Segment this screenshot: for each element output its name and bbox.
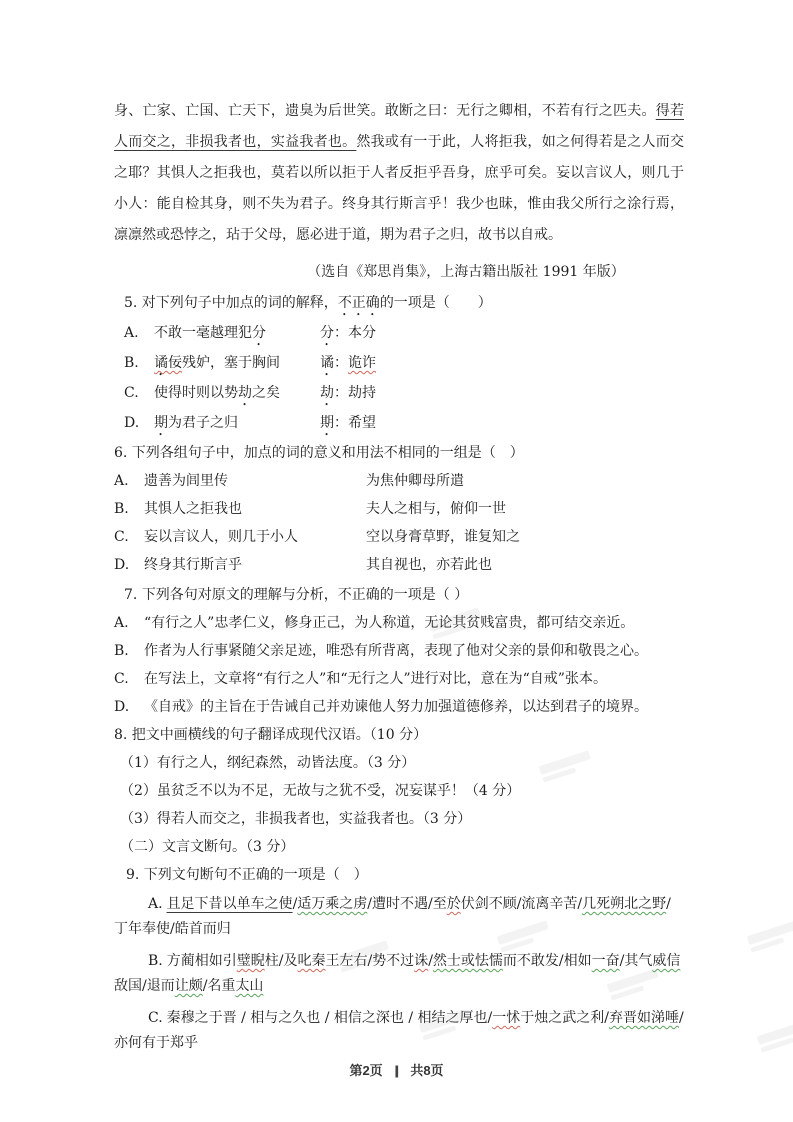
- option-text: 方蔺相如引璧睨柱/及叱秦王左右/势不过诛/然士或怯懦而不敢发/相如一奋/其气威信…: [114, 953, 680, 994]
- text-segment: 分: [320, 325, 334, 341]
- text-segment: 伏剑不顾/流离辛苦/: [461, 896, 582, 912]
- question-5-option-c: C. 使得时则以势劫之矣 劫：劫持: [114, 379, 684, 409]
- option-text: 作者为人行事紧随父亲足迹，唯恐有所背离，表现了他对父亲的景仰和敬畏之心。: [144, 637, 684, 665]
- question-5-stem: 5. 对下列句子中加点的词的解释，不正确的一项是（ ）: [114, 289, 684, 319]
- text-segment: 使得时则以势: [154, 385, 238, 401]
- question-8-stem: 8. 把文中画横线的句子翻译成现代汉语。（10 分）: [114, 721, 684, 749]
- option-text: 秦穆之于晋 / 相与之久也 / 相信之深也 / 相结之厚也/一怵于烛之武之利/弃…: [114, 1010, 684, 1051]
- text-segment: 谲: [154, 355, 168, 371]
- option-text: 且足下昔以单车之使/适万乘之虏/遭时不遇/至於伏剑不顾/流离辛苦/几死朔北之野/…: [114, 896, 671, 937]
- option-phrase: 不敢一毫越理犯分: [154, 319, 320, 349]
- passage-source: （选自《郑思肖集》，上海古籍出版社 1991 年版）: [114, 257, 684, 287]
- question-5-option-b: B. 谲佞残妒，塞于胸间 谲：诡诈: [114, 349, 684, 379]
- text-segment: 不正确: [338, 295, 380, 311]
- text-segment: 5. 对下列句子中加点的词的解释，: [124, 295, 338, 311]
- text-segment: /其气: [620, 953, 653, 969]
- option-text: 在写法上，文章将“有行之人”和“无行之人”进行对比，意在为“自戒”张本。: [144, 665, 684, 693]
- text-segment: 弃晋如涕唾: [609, 1010, 679, 1026]
- option-label: B.: [124, 349, 154, 379]
- text-segment: 而不敢发/相如: [503, 953, 592, 969]
- text-segment: 让颇: [175, 978, 203, 994]
- scan-watermark: [757, 1020, 793, 1052]
- page-footer: 第2页|共8页: [0, 1060, 793, 1079]
- question-8-item-1: （1）有行之人，纲纪森然，动皆法度。（3 分）: [114, 749, 684, 777]
- option-phrase: 使得时则以势劫之矣: [154, 379, 320, 409]
- question-8: 8. 把文中画横线的句子翻译成现代汉语。（10 分） （1）有行之人，纲纪森然，…: [114, 721, 684, 861]
- text-segment: 敌国/退而: [114, 978, 175, 994]
- text-segment: 璧睨: [237, 953, 265, 969]
- option-label: B.: [114, 637, 144, 665]
- option-text: 《自戒》的主旨在于告诫自己并劝谏他人努力加强道德修养，以达到君子的境界。: [144, 693, 684, 721]
- option-left-sentence: 妄以言议人，则几于小人: [144, 523, 366, 551]
- text-segment: 佞: [168, 355, 182, 371]
- option-right-sentence: 空以身膏草野，谁复知之: [366, 523, 520, 551]
- text-segment: 且足下昔以单车之使: [167, 896, 293, 912]
- question-5-option-d: D. 期为君子之归 期：希望: [114, 409, 684, 439]
- option-definition: 分：本分: [320, 319, 376, 349]
- text-segment: 残妒，塞于胸间: [182, 355, 280, 371]
- text-segment: 方蔺相如引: [167, 953, 237, 969]
- option-label: C.: [124, 379, 154, 409]
- text-segment: 诛: [414, 953, 428, 969]
- text-segment: 於: [447, 896, 461, 912]
- option-definition: 谲：诡诈: [320, 349, 376, 379]
- option-right-sentence: 其自视也，亦若此也: [366, 551, 492, 579]
- option-right-sentence: 为焦仲卿母所遣: [366, 467, 464, 495]
- text-segment: 不敢一毫越理犯: [154, 325, 252, 341]
- text-segment: 柱/及: [265, 953, 298, 969]
- exam-page: 身、亡家、亡国、亡天下，遗臭为后世笑。敢断之曰：无行之卿相，不若有行之匹夫。得若…: [0, 0, 793, 1122]
- option-phrase: 谲佞残妒，塞于胸间: [154, 349, 320, 379]
- question-6-option-a: A. 遗善为闾里传 为焦仲卿母所遣: [114, 467, 684, 495]
- option-label: D.: [114, 551, 144, 579]
- option-phrase: 期为君子之归: [154, 409, 320, 439]
- option-label: A.: [124, 319, 154, 349]
- question-7-stem: 7. 下列各句对原文的理解与分析，不正确的一项是（ ）: [114, 581, 684, 609]
- scan-watermark: [747, 920, 793, 952]
- question-9-option-b: B.方蔺相如引璧睨柱/及叱秦王左右/势不过诛/然士或怯懦而不敢发/相如一奋/其气…: [114, 949, 684, 999]
- option-left-sentence: 遗善为闾里传: [144, 467, 366, 495]
- question-8-item-2: （2）虽贫乏不以为不足，无故与之犹不受，况妄谋乎！（4 分）: [114, 777, 684, 805]
- passage-paragraph: 身、亡家、亡国、亡天下，遗臭为后世笑。敢断之曰：无行之卿相，不若有行之匹夫。得若…: [114, 96, 684, 251]
- question-6-option-b: B. 其惧人之拒我也 夫人之相与，俯仰一世: [114, 495, 684, 523]
- question-5-option-a: A. 不敢一毫越理犯分 分：本分: [114, 319, 684, 349]
- option-definition: 劫：劫持: [320, 379, 376, 409]
- option-label: D.: [114, 693, 144, 721]
- text-segment: ：: [334, 355, 348, 371]
- text-segment: 期: [320, 415, 334, 431]
- text-segment: 为君子之归: [168, 415, 238, 431]
- footer-separator: |: [394, 1063, 400, 1078]
- option-label: A.: [148, 896, 163, 912]
- text-segment: 然士或怯懦: [433, 953, 503, 969]
- option-label: B.: [114, 495, 144, 523]
- text-segment: 劫: [320, 385, 334, 401]
- text-segment: /名重: [203, 978, 236, 994]
- option-label: C.: [148, 1010, 163, 1026]
- question-8-item-3: （3）得若人而交之，非损我者也，实益我者也。（3 分）: [114, 805, 684, 833]
- section-2-heading: （二）文言文断句。（3 分）: [114, 833, 684, 861]
- question-6: 6. 下列各组句子中，加点的词的意义和用法不相同的一组是（ ） A. 遗善为闾里…: [114, 439, 684, 579]
- text-segment: 太山: [235, 978, 263, 994]
- text-segment: 身、亡家、亡国、亡天下，遗臭为后世笑。敢断之曰：无行之卿相，不若有行之匹夫。: [114, 103, 656, 119]
- question-7-option-b: B. 作者为人行事紧随父亲足迹，唯恐有所背离，表现了他对父亲的景仰和敬畏之心。: [114, 637, 684, 665]
- question-6-option-c: C. 妄以言议人，则几于小人 空以身膏草野，谁复知之: [114, 523, 684, 551]
- question-9-stem: 9. 下列文句断句不正确的一项是（ ）: [114, 861, 684, 889]
- question-9: 9. 下列文句断句不正确的一项是（ ） A.且足下昔以单车之使/适万乘之虏/遭时…: [114, 861, 684, 1056]
- text-segment: 然我或有一于此，人将拒我，如之何得若是之人而交之耶？其惧人之拒我也，莫若以所以拒…: [114, 134, 684, 243]
- option-definition: 期：希望: [320, 409, 376, 439]
- question-7: 7. 下列各句对原文的理解与分析，不正确的一项是（ ） A. “有行之人”忠孝仁…: [114, 581, 684, 721]
- text-segment: 叱秦: [297, 953, 325, 969]
- text-segment: /遭时不遇/至: [367, 896, 446, 912]
- text-segment: 劫: [238, 385, 252, 401]
- question-6-stem: 6. 下列各组句子中，加点的词的意义和用法不相同的一组是（ ）: [114, 439, 684, 467]
- option-label: A.: [114, 467, 144, 495]
- option-label: B.: [148, 953, 163, 969]
- question-7-option-d: D. 《自戒》的主旨在于告诫自己并劝谏他人努力加强道德修养，以达到君子的境界。: [114, 693, 684, 721]
- question-5: 5. 对下列句子中加点的词的解释，不正确的一项是（ ） A. 不敢一毫越理犯分 …: [114, 289, 684, 439]
- text-segment: ：本分: [334, 325, 376, 341]
- text-segment: 诡诈: [348, 355, 376, 371]
- option-label: C.: [114, 665, 144, 693]
- option-right-sentence: 夫人之相与，俯仰一世: [366, 495, 506, 523]
- text-segment: 谲: [320, 355, 334, 371]
- text-segment: 几死朔北之野: [582, 896, 666, 912]
- text-segment: 分: [252, 325, 266, 341]
- question-7-option-c: C. 在写法上，文章将“有行之人”和“无行之人”进行对比，意在为“自戒”张本。: [114, 665, 684, 693]
- option-left-sentence: 其惧人之拒我也: [144, 495, 366, 523]
- page-total: 共8页: [410, 1063, 443, 1078]
- text-segment: 一奋: [592, 953, 620, 969]
- text-segment: 威信: [652, 953, 680, 969]
- option-label: D.: [124, 409, 154, 439]
- question-7-option-a: A. “有行之人”忠孝仁义，修身正己，为人称道，无论其贫贱富贵，都可结交亲近。: [114, 609, 684, 637]
- text-segment: 期: [154, 415, 168, 431]
- text-segment: ：劫持: [334, 385, 376, 401]
- page-number: 第2页: [349, 1063, 382, 1078]
- page-content: 身、亡家、亡国、亡天下，遗臭为后世笑。敢断之曰：无行之卿相，不若有行之匹夫。得若…: [114, 96, 684, 1063]
- text-segment: 适万乘之虏: [297, 896, 367, 912]
- text-segment: ：希望: [334, 415, 376, 431]
- question-9-option-c: C.秦穆之于晋 / 相与之久也 / 相信之深也 / 相结之厚也/一怵于烛之武之利…: [114, 1006, 684, 1056]
- text-segment: 于烛之武之利/: [520, 1010, 609, 1026]
- text-segment: 一怵: [492, 1010, 520, 1026]
- question-9-option-a: A.且足下昔以单车之使/适万乘之虏/遭时不遇/至於伏剑不顾/流离辛苦/几死朔北之…: [114, 892, 684, 942]
- option-text: “有行之人”忠孝仁义，修身正己，为人称道，无论其贫贱富贵，都可结交亲近。: [144, 609, 684, 637]
- option-label: A.: [114, 609, 144, 637]
- question-6-option-d: D. 终身其行斯言乎 其自视也，亦若此也: [114, 551, 684, 579]
- option-left-sentence: 终身其行斯言乎: [144, 551, 366, 579]
- text-segment: 的一项是（ ）: [380, 295, 492, 311]
- text-segment: 之矣: [252, 385, 280, 401]
- option-label: C.: [114, 523, 144, 551]
